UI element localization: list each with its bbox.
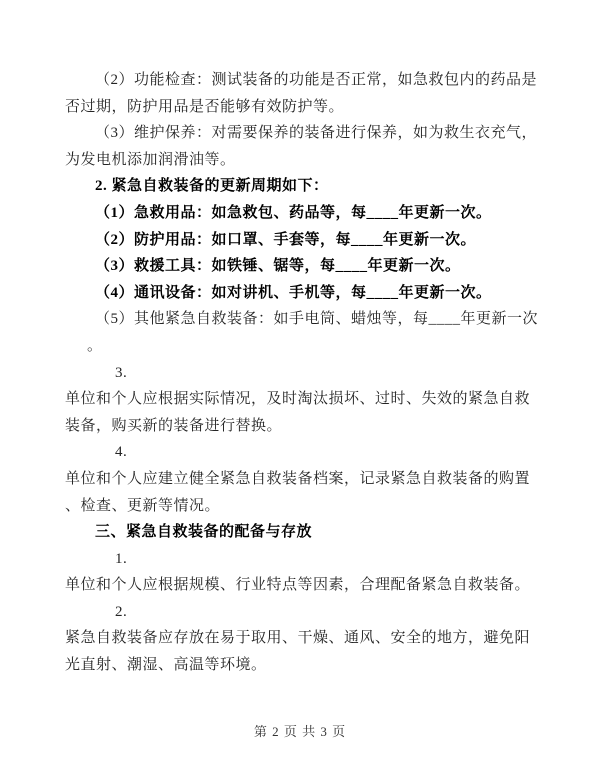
text-line: 否过期，防护用品是否能够有效防护等。 (65, 94, 542, 121)
text-line: 3. (65, 360, 542, 387)
text-line: 单位和个人应根据实际情况，及时淘汰损坏、过时、失效的紧急自救 (65, 386, 542, 413)
text-line: （2）功能检查：测试装备的功能是否正常，如急救包内的药品是 (65, 67, 542, 94)
text-line: （3）救援工具：如铁锤、锯等，每____年更新一次。 (65, 253, 542, 280)
text-line: （1）急救用品：如急救包、药品等，每____年更新一次。 (65, 200, 542, 227)
text-line: （3）维护保养：对需要保养的装备进行保养，如为救生衣充气， (65, 120, 542, 147)
document-page: （2）功能检查：测试装备的功能是否正常，如急救包内的药品是否过期，防护用品是否能… (0, 0, 600, 776)
text-line: 单位和个人应根据规模、行业特点等因素，合理配备紧急自救装备。 (65, 572, 542, 599)
text-line: 、检查、更新等情况。 (65, 493, 542, 520)
text-line: （4）通讯设备：如对讲机、手机等，每____年更新一次。 (65, 280, 542, 307)
page-footer: 第 2 页 共 3 页 (0, 719, 600, 745)
text-line: 4. (65, 439, 542, 466)
text-line: 。 (65, 333, 542, 360)
text-line: 装备，购买新的装备进行替换。 (65, 413, 542, 440)
text-line: 光直射、潮湿、高温等环境。 (65, 652, 542, 679)
text-line: 三、紧急自救装备的配备与存放 (65, 519, 542, 546)
text-line: 2. (65, 599, 542, 626)
text-line: 为发电机添加润滑油等。 (65, 147, 542, 174)
text-line: 单位和个人应建立健全紧急自救装备档案，记录紧急自救装备的购置 (65, 466, 542, 493)
document-body: （2）功能检查：测试装备的功能是否正常，如急救包内的药品是否过期，防护用品是否能… (65, 67, 542, 679)
text-line: （5）其他紧急自救装备：如手电筒、蜡烛等，每____年更新一次 (65, 306, 542, 333)
text-line: 2. 紧急自救装备的更新周期如下： (65, 173, 542, 200)
text-line: （2）防护用品：如口罩、手套等，每____年更新一次。 (65, 227, 542, 254)
text-line: 紧急自救装备应存放在易于取用、干燥、通风、安全的地方，避免阳 (65, 625, 542, 652)
text-line: 1. (65, 546, 542, 573)
